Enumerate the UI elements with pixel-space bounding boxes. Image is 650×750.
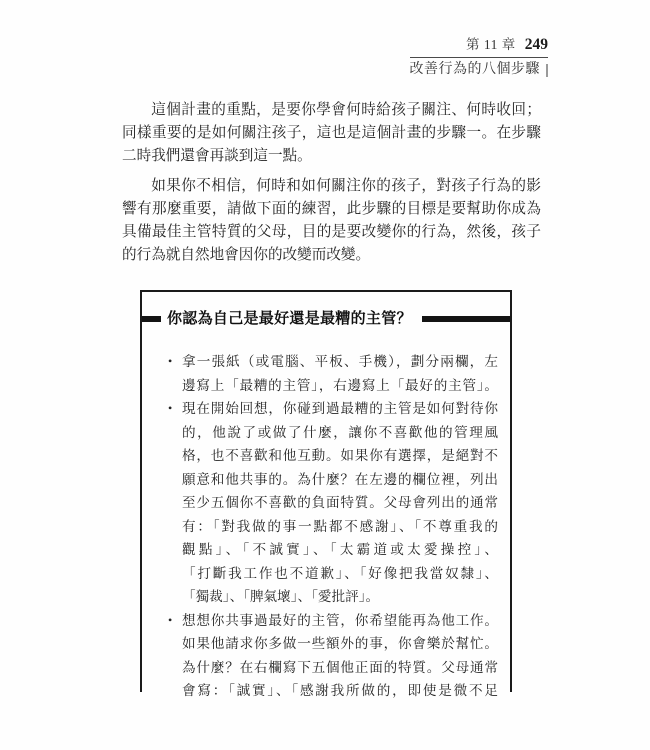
paragraph-1: 這個計畫的重點，是要你學會何時給孩子關注、何時收回；同樣重要的是如何關注孩子，這… xyxy=(122,99,541,168)
running-head: 第 11 章 249 改善行為的八個步驟 xyxy=(410,36,549,78)
text-line: 響有那麼重要，請做下面的練習，此步驟的目標是要幫助你成為 xyxy=(122,198,541,221)
text-line: 的，他說了或做了什麼，讓你不喜歡他的管理風 xyxy=(182,421,498,445)
exercise-box: 你認為自己是最好還是最糟的主管？ •拿一張紙（或電腦、平板、手機），劃分兩欄，左… xyxy=(140,290,512,692)
text-line: 同樣重要的是如何關注孩子，這也是這個計畫的步驟一。在步驟 xyxy=(122,122,541,145)
book-page: 第 11 章 249 改善行為的八個步驟 這個計畫的重點，是要你學會何時給孩子關… xyxy=(0,0,650,750)
text-line: 觀點」、「不誠實」、「太霸道或太愛操控」、 xyxy=(182,538,498,562)
text-line: 現在開始回想，你碰到過最糟的主管是如何對待你 xyxy=(182,397,498,421)
text-line: 格，也不喜歡和他互動。如果你有選擇，是絕對不 xyxy=(182,444,498,468)
bullet-item: •現在開始回想，你碰到過最糟的主管是如何對待你的，他說了或做了什麼，讓你不喜歡他… xyxy=(169,397,498,609)
body-text: 這個計畫的重點，是要你學會何時給孩子關注、何時收回；同樣重要的是如何關注孩子，這… xyxy=(122,99,541,267)
title-rule-left xyxy=(142,316,161,322)
bullet-marker: • xyxy=(168,350,172,374)
text-line: 願意和他共事的。為什麼？在左邊的欄位裡，列出 xyxy=(182,468,498,492)
text-line: 這個計畫的重點，是要你學會何時給孩子關注、何時收回； xyxy=(122,99,541,122)
bullet-marker: • xyxy=(168,397,172,421)
text-line: 「打斷我工作也不道歉」、「好像把我當奴隸」、 xyxy=(182,562,498,586)
chapter-label: 第 11 章 xyxy=(466,36,516,53)
exercise-box-title: 你認為自己是最好還是最糟的主管？ xyxy=(167,309,412,329)
text-line: 為什麼？在右欄寫下五個他正面的特質。父母通常 xyxy=(182,656,498,680)
bullet-list: •拿一張紙（或電腦、平板、手機），劃分兩欄，左邊寫上「最糟的主管」，右邊寫上「最… xyxy=(169,350,498,703)
text-line: 拿一張紙（或電腦、平板、手機），劃分兩欄，左 xyxy=(182,350,498,374)
text-line: 二時我們還會再談到這一點。 xyxy=(122,145,541,168)
text-line: 至少五個你不喜歡的負面特質。父母會列出的通常 xyxy=(182,491,498,515)
text-line: 具備最佳主管特質的父母，目的是要改變你的行為，然後，孩子 xyxy=(122,221,541,244)
text-line: 的行為就自然地會因你的改變而改變。 xyxy=(122,244,541,267)
title-rule-right xyxy=(422,316,510,322)
text-line: 邊寫上「最糟的主管」，右邊寫上「最好的主管」。 xyxy=(182,374,498,398)
text-line: 想想你共事過最好的主管，你希望能再為他工作。 xyxy=(182,609,498,633)
text-line: 如果他請求你多做一些額外的事，你會樂於幫忙。 xyxy=(182,632,498,656)
section-title: 改善行為的八個步驟 xyxy=(410,62,541,78)
running-head-bottom-row: 改善行為的八個步驟 xyxy=(410,62,549,78)
text-line: 如果你不相信，何時和如何關注你的孩子，對孩子行為的影 xyxy=(122,175,541,198)
page-number: 249 xyxy=(525,36,548,53)
paragraph-2: 如果你不相信，何時和如何關注你的孩子，對孩子行為的影響有那麼重要，請做下面的練習… xyxy=(122,175,541,267)
bullet-marker: • xyxy=(168,609,172,633)
header-divider-bar xyxy=(546,64,548,77)
exercise-box-title-row: 你認為自己是最好還是最糟的主管？ xyxy=(142,309,510,329)
bullet-item: •想想你共事過最好的主管，你希望能再為他工作。如果他請求你多做一些額外的事，你會… xyxy=(169,609,498,703)
bullet-item: •拿一張紙（或電腦、平板、手機），劃分兩欄，左邊寫上「最糟的主管」，右邊寫上「最… xyxy=(169,350,498,397)
text-line: 有：「對我做的事一點都不感謝」、「不尊重我的 xyxy=(182,515,498,539)
running-head-top-row: 第 11 章 249 xyxy=(410,36,549,58)
text-line: 會寫：「誠實」、「感謝我所做的，即使是微不足 xyxy=(182,679,498,703)
text-line: 「獨裁」、「脾氣壞」、「愛批評」。 xyxy=(182,585,498,609)
